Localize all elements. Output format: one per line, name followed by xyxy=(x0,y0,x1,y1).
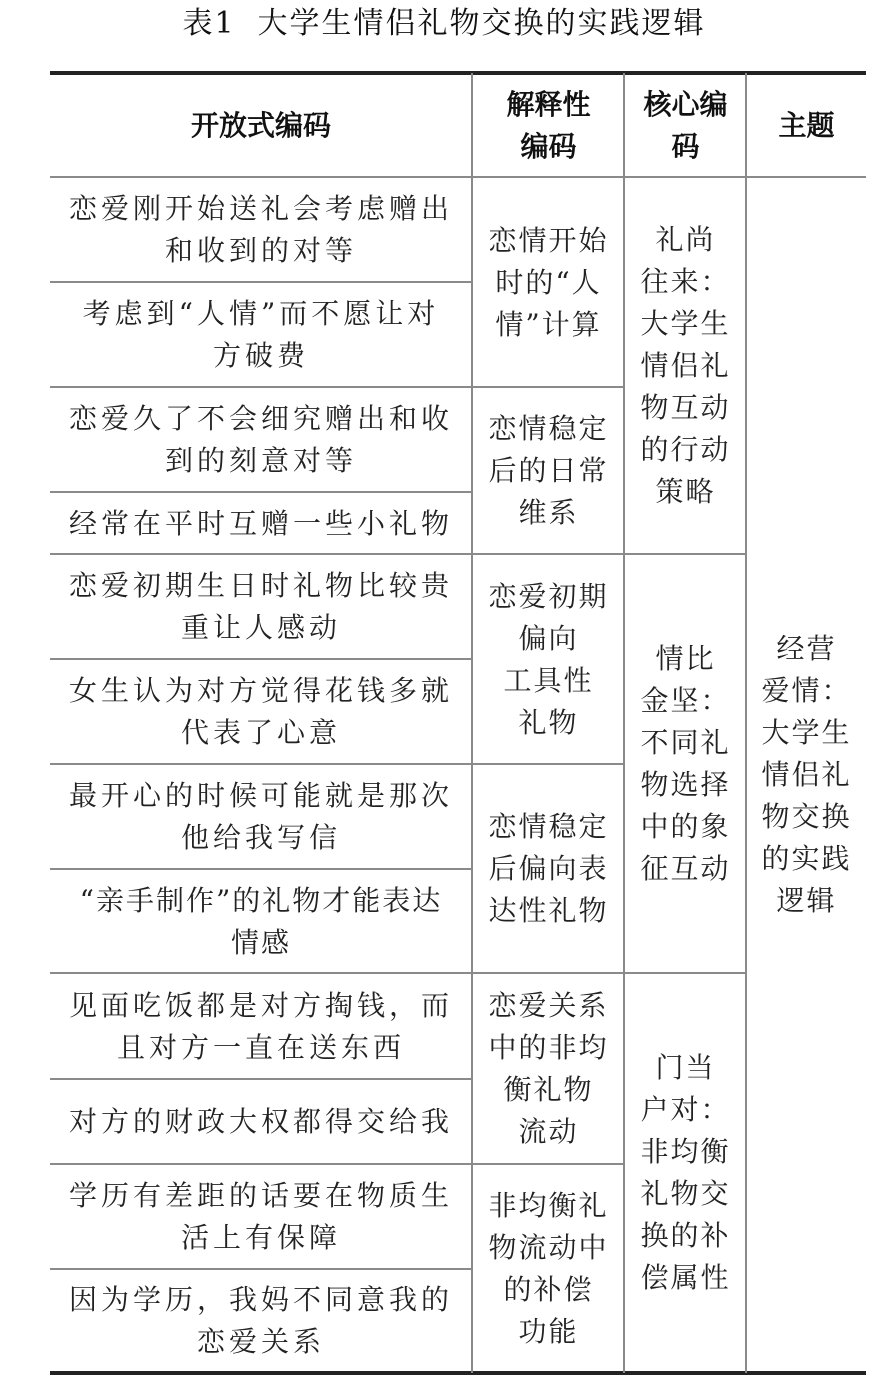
open-code-cell: 学历有差距的话要在物质生 活上有保障 xyxy=(50,1165,472,1269)
open-code-cell: 经常在平时互赠一些小礼物 xyxy=(50,493,472,554)
open-code-cell: 恋爱久了不会细究赠出和收 到的刻意对等 xyxy=(50,388,472,492)
header-label: 开放式编码 xyxy=(191,105,331,147)
interpretive-code-cell: 非均衡礼 物流动中 的补偿 功能 xyxy=(473,1165,624,1372)
interpretive-code-cell: 恋情开始 时的“人 情”计算 xyxy=(473,178,624,387)
open-code-cell: 女生认为对方觉得花钱多就 代表了心意 xyxy=(50,660,472,764)
interpretive-code-text: 恋情开始 时的“人 情”计算 xyxy=(488,220,608,346)
open-code-cell: 恋爱刚开始送礼会考虑赠出 和收到的对等 xyxy=(50,178,472,282)
open-code-text: 见面吃饭都是对方掏钱，而 且对方一直在送东西 xyxy=(69,985,453,1069)
header-open-coding: 开放式编码 xyxy=(50,75,472,177)
core-code-text: 情比 金坚： 不同礼 物选择 中的象 征互动 xyxy=(640,638,730,890)
core-code-cell: 礼尚 往来： 大学生 情侣礼 物互动 的行动 策略 xyxy=(625,178,746,554)
open-code-text: 因为学历，我妈不同意我的 恋爱关系 xyxy=(69,1279,453,1363)
core-code-text: 礼尚 往来： 大学生 情侣礼 物互动 的行动 策略 xyxy=(640,219,730,513)
open-code-text: 恋爱刚开始送礼会考虑赠出 和收到的对等 xyxy=(69,188,453,272)
header-core-coding: 核心编 码 xyxy=(625,75,746,177)
interpretive-code-cell: 恋爱关系 中的非均 衡礼物 流动 xyxy=(473,974,624,1164)
open-code-cell: 见面吃饭都是对方掏钱，而 且对方一直在送东西 xyxy=(50,974,472,1079)
core-code-cell: 情比 金坚： 不同礼 物选择 中的象 征互动 xyxy=(625,555,746,973)
interpretive-code-cell: 恋爱初期 偏向 工具性 礼物 xyxy=(473,555,624,764)
interpretive-code-cell: 恋情稳定 后偏向表 达性礼物 xyxy=(473,765,624,973)
open-code-text: 经常在平时互赠一些小礼物 xyxy=(69,503,453,545)
core-code-cell: 门当 户对： 非均衡 礼物交 换的补 偿属性 xyxy=(625,974,746,1372)
interpretive-code-text: 恋爱关系 中的非均 衡礼物 流动 xyxy=(488,985,608,1153)
interpretive-code-cell: 恋情稳定 后的日常 维系 xyxy=(473,388,624,554)
header-interpretive-coding: 解释性 编码 xyxy=(473,75,624,177)
header-label: 核心编 码 xyxy=(643,84,727,168)
open-code-text: 学历有差距的话要在物质生 活上有保障 xyxy=(69,1175,453,1259)
open-code-text: 女生认为对方觉得花钱多就 代表了心意 xyxy=(69,670,453,754)
open-code-cell: 因为学历，我妈不同意我的 恋爱关系 xyxy=(50,1270,472,1372)
open-code-text: 最开心的时候可能就是那次 他给我写信 xyxy=(69,775,453,859)
open-code-text: 考虑到“人情”而不愿让对 方破费 xyxy=(83,293,440,377)
theme-text: 经营 爱情： 大学生 情侣礼 物交换 的实践 逻辑 xyxy=(761,628,851,922)
open-code-cell: 对方的财政大权都得交给我 xyxy=(50,1080,472,1164)
open-code-text: 对方的财政大权都得交给我 xyxy=(69,1101,453,1143)
open-code-cell: 最开心的时候可能就是那次 他给我写信 xyxy=(50,765,472,869)
core-code-text: 门当 户对： 非均衡 礼物交 换的补 偿属性 xyxy=(640,1047,730,1299)
interpretive-code-text: 恋情稳定 后的日常 维系 xyxy=(488,408,608,534)
open-code-text: 恋爱久了不会细究赠出和收 到的刻意对等 xyxy=(69,398,453,482)
open-code-text: 恋爱初期生日时礼物比较贵 重让人感动 xyxy=(69,565,453,649)
open-code-cell: 恋爱初期生日时礼物比较贵 重让人感动 xyxy=(50,555,472,659)
theme-cell: 经营 爱情： 大学生 情侣礼 物交换 的实践 逻辑 xyxy=(747,178,866,1372)
open-code-text: “亲手制作”的礼物才能表达 情感 xyxy=(80,880,443,964)
open-code-cell: 考虑到“人情”而不愿让对 方破费 xyxy=(50,283,472,387)
header-theme: 主题 xyxy=(747,75,866,177)
coding-table: 开放式编码 解释性 编码 核心编 码 主题 恋爱刚开始送礼会考虑赠出 和收到的对… xyxy=(50,0,866,1394)
interpretive-code-text: 非均衡礼 物流动中 的补偿 功能 xyxy=(488,1185,608,1353)
header-label: 主题 xyxy=(778,105,834,147)
interpretive-code-text: 恋情稳定 后偏向表 达性礼物 xyxy=(488,806,608,932)
header-label: 解释性 编码 xyxy=(506,84,590,168)
interpretive-code-text: 恋爱初期 偏向 工具性 礼物 xyxy=(488,576,608,744)
open-code-cell: “亲手制作”的礼物才能表达 情感 xyxy=(50,870,472,973)
